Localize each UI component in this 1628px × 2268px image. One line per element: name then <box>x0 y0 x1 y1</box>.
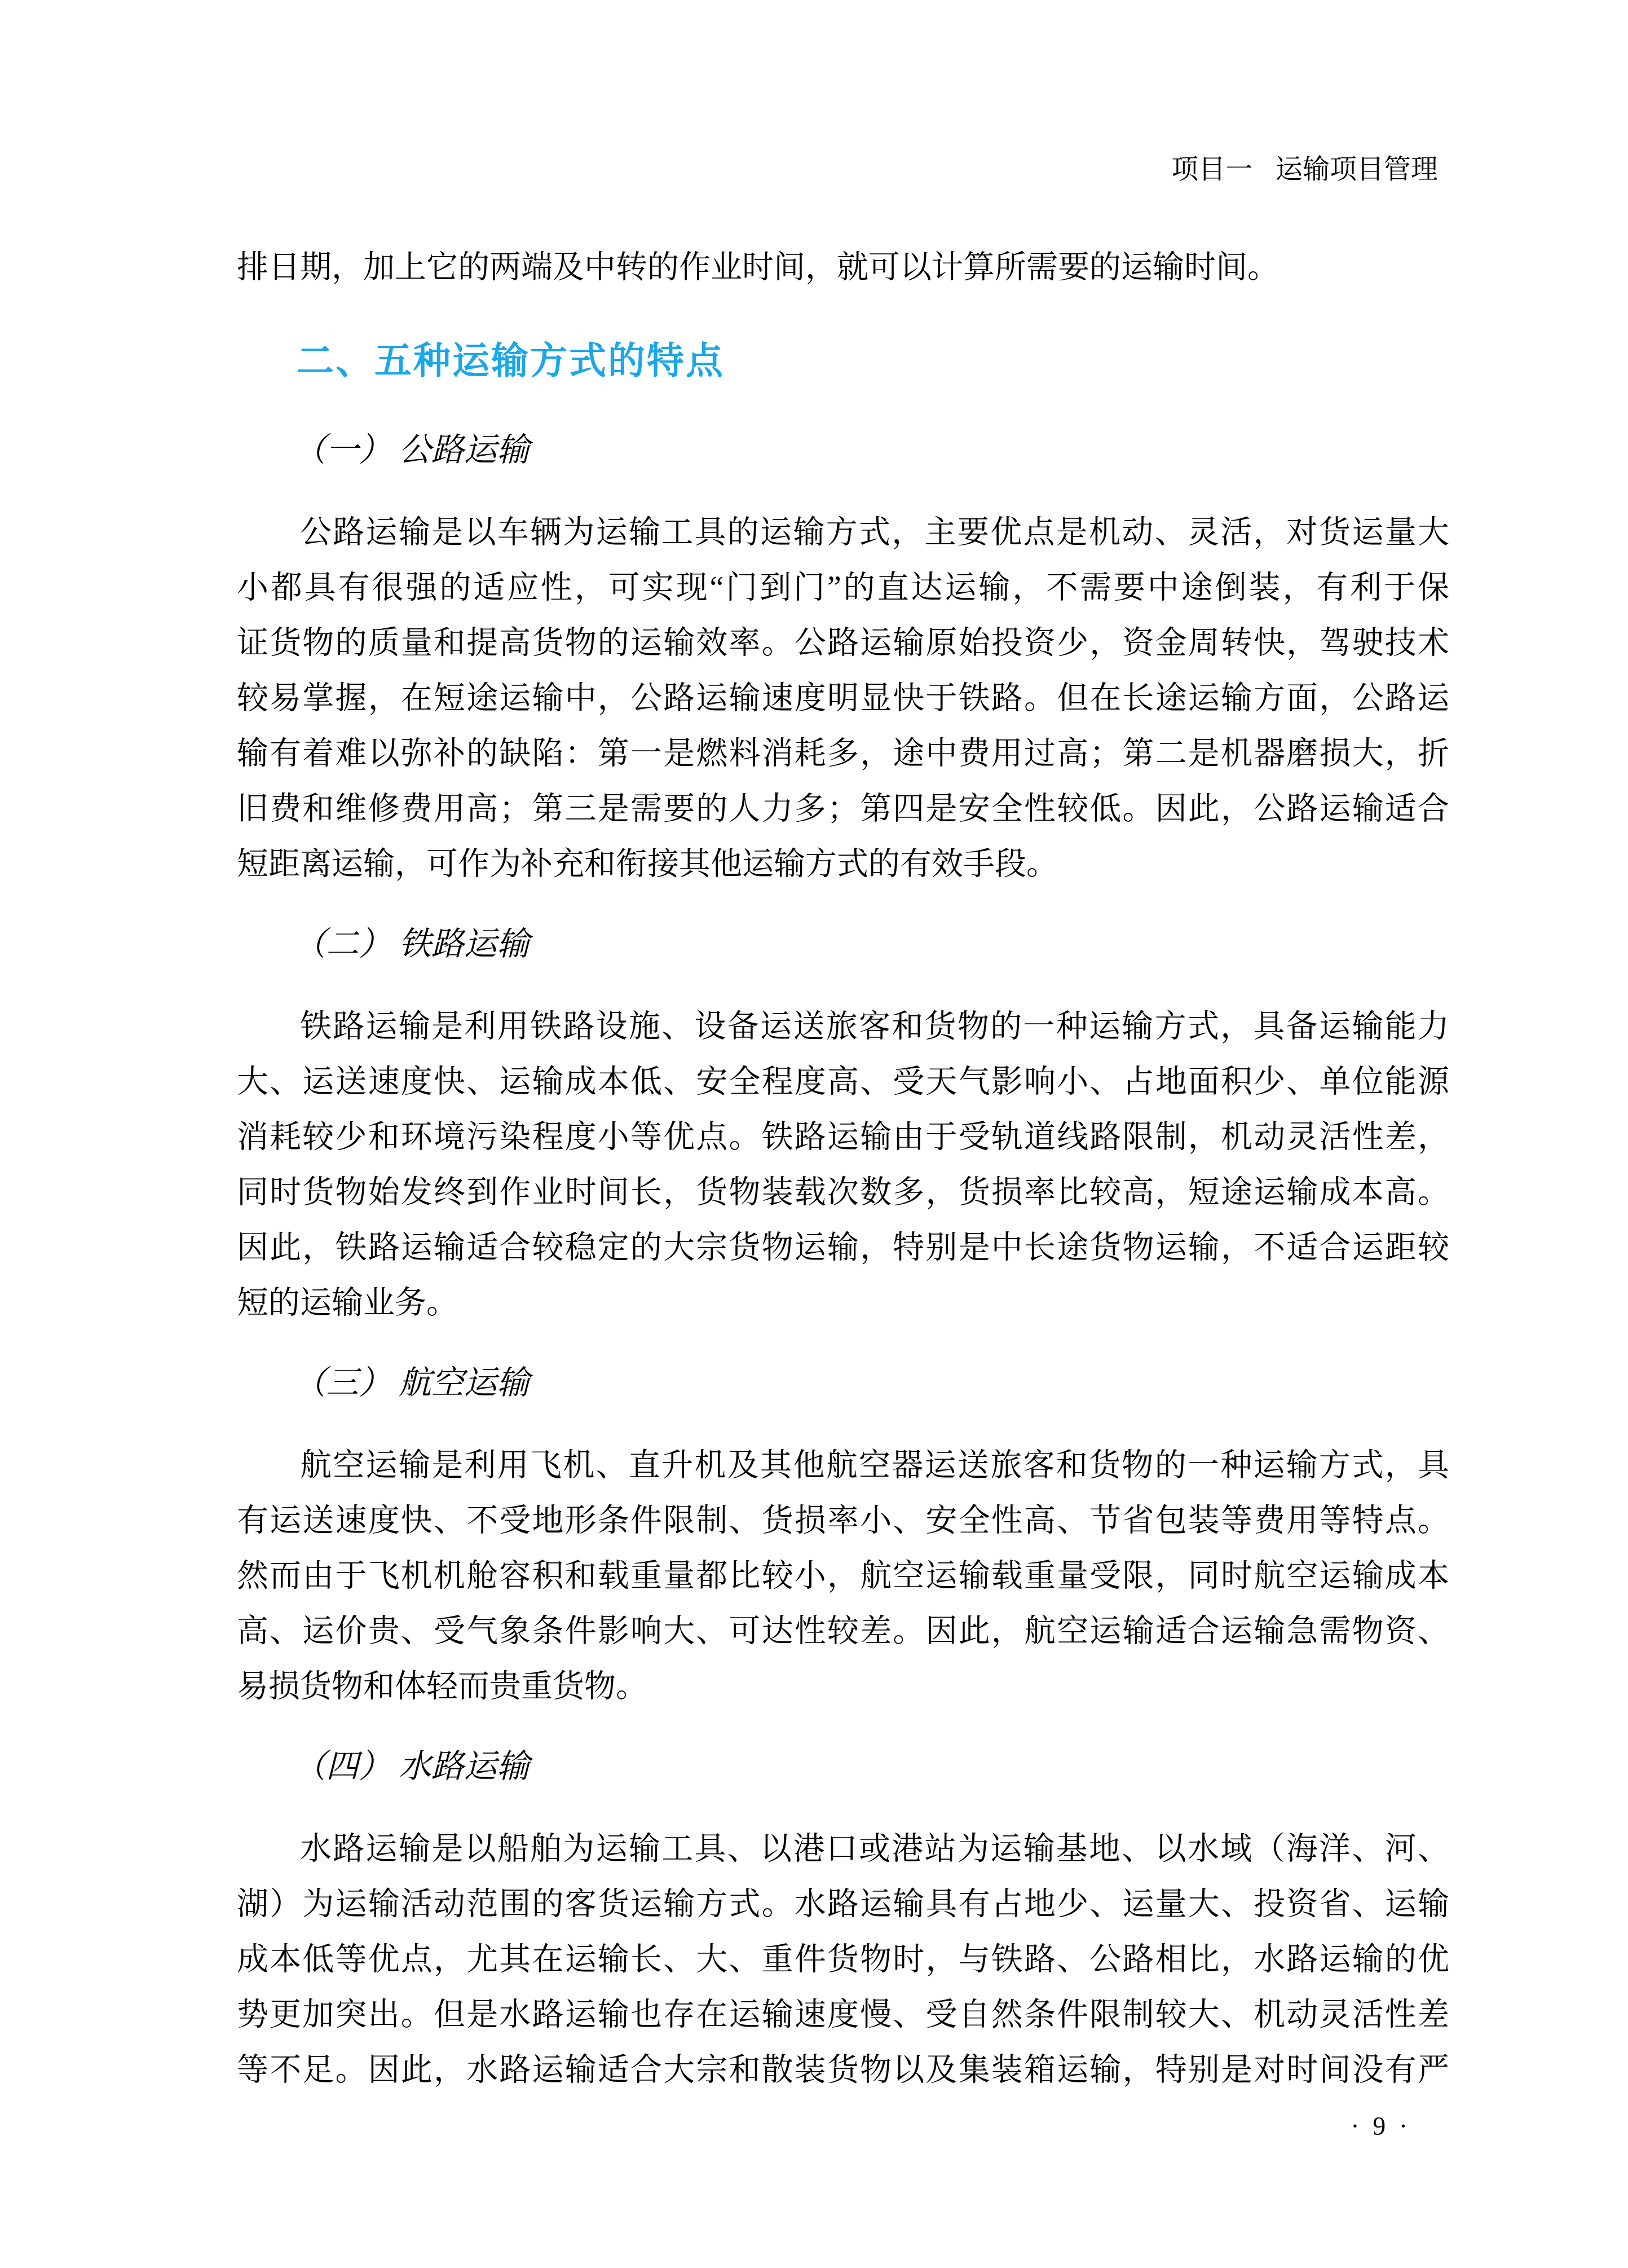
subsection-number: （一） <box>293 431 391 468</box>
intro-paragraph-line: 排日期，加上它的两端及中转的作业时间，就可以计算所需要的运输时间。 <box>237 240 1449 295</box>
subsection-heading-rail: （二）铁路运输 <box>293 921 1449 967</box>
page-number: · 9 · <box>1351 2111 1411 2142</box>
page-content: 排日期，加上它的两端及中转的作业时间，就可以计算所需要的运输时间。 二、五种运输… <box>237 0 1449 2098</box>
section-heading: 二、五种运输方式的特点 <box>297 334 1449 386</box>
paragraph-line: 公路运输是以车辆为运输工具的运输方式，主要优点是机动、灵活，对货运量大 <box>237 505 1449 560</box>
paragraph-line: 短距离运输，可作为补充和衔接其他运输方式的有效手段。 <box>237 836 1449 892</box>
subsection-heading-water: （四）水路运输 <box>293 1743 1449 1790</box>
subsection-number: （二） <box>293 926 391 962</box>
paragraph-line: 等不足。因此，水路运输适合大宗和散装货物以及集装箱运输，特别是对时间没有严 <box>237 2042 1449 2098</box>
subsection-title: 铁路运输 <box>399 926 530 962</box>
paragraph-line: 然而由于飞机机舱容积和载重量都比较小，航空运输载重量受限，同时航空运输成本 <box>237 1548 1449 1604</box>
paragraph-line: 输有着难以弥补的缺陷：第一是燃料消耗多，途中费用过高；第二是机器磨损大，折 <box>237 726 1449 781</box>
subsection-heading-road: （一）公路运输 <box>293 427 1449 473</box>
subsection-title: 公路运输 <box>399 431 530 468</box>
paragraph-line: 成本低等优点，尤其在运输长、大、重件货物时，与铁路、公路相比，水路运输的优 <box>237 1932 1449 1987</box>
paragraph-line: 有运送速度快、不受地形条件限制、货损率小、安全性高、节省包装等费用等特点。 <box>237 1493 1449 1548</box>
paragraph-road: 公路运输是以车辆为运输工具的运输方式，主要优点是机动、灵活，对货运量大 小都具有… <box>237 505 1449 892</box>
paragraph-line: 小都具有很强的适应性，可实现“门到门”的直达运输，不需要中途倒装，有利于保 <box>237 560 1449 615</box>
paragraph-line: 因此，铁路运输适合较稳定的大宗货物运输，特别是中长途货物运输，不适合运距较 <box>237 1220 1449 1275</box>
subsection-number: （四） <box>293 1748 391 1785</box>
subsection-title: 水路运输 <box>399 1748 530 1785</box>
paragraph-line: 铁路运输是利用铁路设施、设备运送旅客和货物的一种运输方式，具备运输能力 <box>237 999 1449 1054</box>
paragraph-line: 证货物的质量和提高货物的运输效率。公路运输原始投资少，资金周转快，驾驶技术 <box>237 615 1449 671</box>
paragraph-line: 湖）为运输活动范围的客货运输方式。水路运输具有占地少、运量大、投资省、运输 <box>237 1877 1449 1932</box>
book-page: 项目一运输项目管理 排日期，加上它的两端及中转的作业时间，就可以计算所需要的运输… <box>0 0 1628 2268</box>
paragraph-air: 航空运输是利用飞机、直升机及其他航空器运送旅客和货物的一种运输方式，具 有运送速… <box>237 1438 1449 1714</box>
subsection-title: 航空运输 <box>399 1364 530 1401</box>
paragraph-line: 较易掌握，在短途运输中，公路运输速度明显快于铁路。但在长途运输方面，公路运 <box>237 671 1449 726</box>
subsection-heading-air: （三）航空运输 <box>293 1360 1449 1406</box>
paragraph-line: 旧费和维修费用高；第三是需要的人力多；第四是安全性较低。因此，公路运输适合 <box>237 781 1449 836</box>
paragraph-line: 水路运输是以船舶为运输工具、以港口或港站为运输基地、以水域（海洋、河、 <box>237 1821 1449 1877</box>
paragraph-line: 同时货物始发终到作业时间长，货物装载次数多，货损率比较高，短途运输成本高。 <box>237 1165 1449 1220</box>
paragraph-line: 高、运价贵、受气象条件影响大、可达性较差。因此，航空运输适合运输急需物资、 <box>237 1604 1449 1659</box>
paragraph-line: 大、运送速度快、运输成本低、安全程度高、受天气影响小、占地面积少、单位能源 <box>237 1054 1449 1109</box>
paragraph-line: 势更加突出。但是水路运输也存在运输速度慢、受自然条件限制较大、机动灵活性差 <box>237 1987 1449 2042</box>
paragraph-line: 短的运输业务。 <box>237 1275 1449 1331</box>
paragraph-line: 航空运输是利用飞机、直升机及其他航空器运送旅客和货物的一种运输方式，具 <box>237 1438 1449 1493</box>
paragraph-rail: 铁路运输是利用铁路设施、设备运送旅客和货物的一种运输方式，具备运输能力 大、运送… <box>237 999 1449 1331</box>
paragraph-water: 水路运输是以船舶为运输工具、以港口或港站为运输基地、以水域（海洋、河、 湖）为运… <box>237 1821 1449 2098</box>
subsection-number: （三） <box>293 1364 391 1401</box>
paragraph-line: 消耗较少和环境污染程度小等优点。铁路运输由于受轨道线路限制，机动灵活性差， <box>237 1109 1449 1165</box>
paragraph-line: 易损货物和体轻而贵重货物。 <box>237 1659 1449 1714</box>
